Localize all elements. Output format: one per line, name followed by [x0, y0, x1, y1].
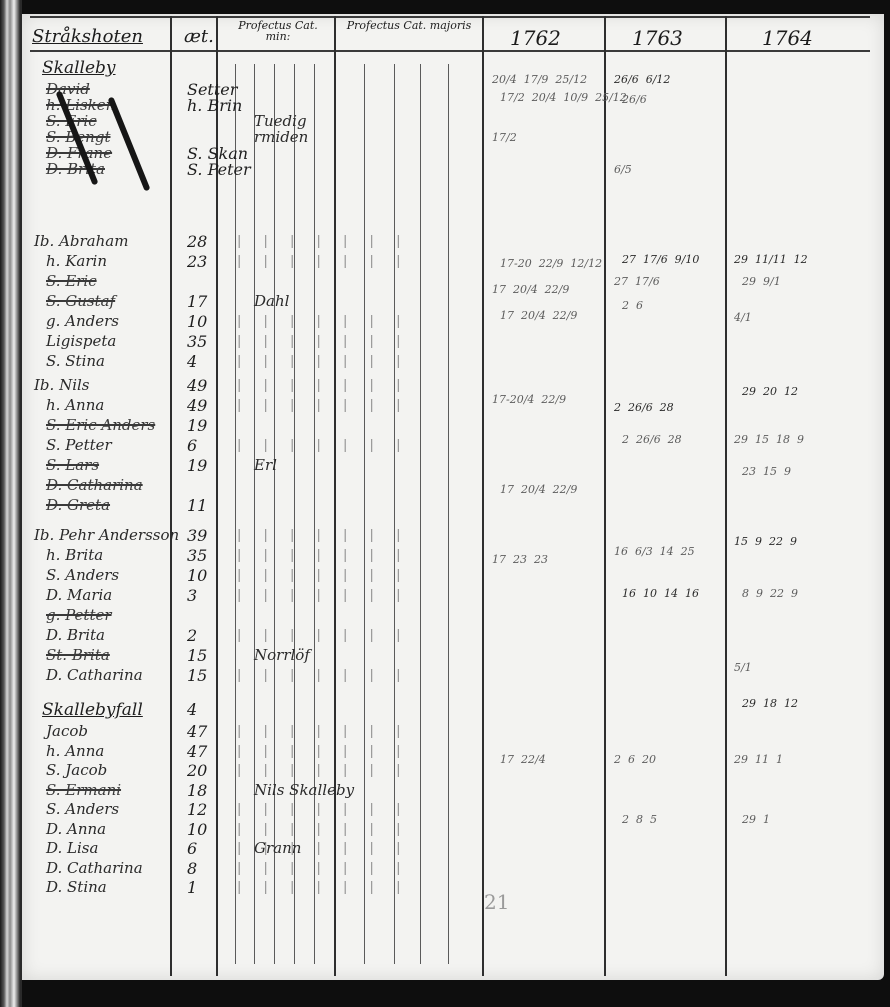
year-mark-1763: 26/6 [622, 94, 647, 106]
catechism-ticks: | | | | | | | [237, 861, 409, 876]
year-mark-1763: 16 10 14 16 [622, 588, 699, 600]
member-note: Erl [254, 456, 277, 474]
member-name: D. Catharina [46, 476, 143, 494]
member-name: S. Eric Anders [46, 416, 155, 434]
catechism-ticks: | | | | | | | [237, 314, 409, 329]
member-note: rmiden [254, 128, 308, 146]
year-mark-1764: 23 15 9 [742, 466, 791, 478]
strike-slash [107, 97, 150, 192]
member-name: D. Anna [46, 820, 106, 838]
year-mark-1764: 29 11 1 [734, 754, 783, 766]
member-age: 6 [187, 436, 197, 455]
catechism-ticks: | | | | | | | [237, 528, 409, 543]
catechism-ticks: | | | | | | | [237, 354, 409, 369]
place-name: Skallebyfall [42, 700, 143, 720]
member-name: D. Catharina [46, 859, 143, 877]
year-mark-1762: 17 20/4 22/9 [492, 284, 569, 296]
member-name: h. Karin [46, 252, 107, 270]
member-age: 49 [187, 396, 207, 415]
place-name: Skalleby [42, 58, 116, 78]
member-name: S. Lars [46, 456, 99, 474]
member-age: 12 [187, 800, 207, 819]
catechism-ticks: | | | | | | | [237, 234, 409, 249]
column-divider-1763 [604, 16, 606, 976]
header-year-1763: 1763 [632, 26, 683, 50]
member-age: 10 [187, 820, 207, 839]
member-note: Dahl [254, 292, 289, 310]
year-mark-1763: 26/6 6/12 [614, 74, 670, 86]
member-name: S. Anders [46, 566, 119, 584]
member-name: S. Stina [46, 352, 105, 370]
header-year-1764: 1764 [762, 26, 813, 50]
sub-column-line [420, 64, 421, 964]
year-mark-1762: 20/4 17/9 25/12 [492, 74, 587, 86]
member-age: 18 [187, 781, 207, 800]
member-name: h. Brita [46, 546, 103, 564]
year-mark-1764: 15 9 22 9 [734, 536, 797, 548]
catechism-ticks: | | | | | | | [237, 334, 409, 349]
year-mark-1762: 17 23 23 [492, 554, 548, 566]
member-name: S. Gustaf [46, 292, 115, 310]
member-age: 10 [187, 566, 207, 585]
member-age: 15 [187, 666, 207, 685]
member-age: 49 [187, 376, 207, 395]
catechism-ticks: | | | | | | | [237, 724, 409, 739]
year-mark-1762: 17 20/4 22/9 [500, 310, 577, 322]
member-age: 2 [187, 626, 197, 645]
catechism-ticks: | | | | | | | [237, 254, 409, 269]
member-name: Ib. Nils [34, 376, 89, 394]
member-age: 10 [187, 312, 207, 331]
member-name: S. Anders [46, 800, 119, 818]
top-rule [30, 16, 870, 18]
year-mark-1762: 17 20/4 22/9 [500, 484, 577, 496]
member-name: g. Anders [46, 312, 119, 330]
year-mark-1762: 17 22/4 [500, 754, 546, 766]
year-mark-1762: 17/2 20/4 10/9 25/12 [500, 92, 627, 104]
member-age: 3 [187, 586, 197, 605]
catechism-ticks: | | | | | | | [237, 822, 409, 837]
year-mark-1763: 2 6 [622, 300, 643, 312]
catechism-ticks: | | | | | | | [237, 398, 409, 413]
header-prof-maj: Profectus Cat. majoris [344, 20, 474, 31]
member-name: S. Ermani [46, 781, 121, 799]
catechism-ticks: | | | | | | | [237, 668, 409, 683]
member-age: h. Brin [187, 96, 242, 115]
member-name: D. Lisa [46, 839, 98, 857]
year-mark-1763: 2 6 20 [614, 754, 656, 766]
header-year-1762: 1762 [510, 26, 561, 50]
member-name: Ib. Pehr Andersson [34, 526, 179, 544]
member-age: 23 [187, 252, 207, 271]
catechism-ticks: | | | | | | | [237, 628, 409, 643]
member-age: 8 [187, 859, 197, 878]
member-name: D. Maria [46, 586, 112, 604]
member-age: 6 [187, 839, 197, 858]
year-mark-1763: 27 17/6 [614, 276, 660, 288]
member-age: 17 [187, 292, 207, 311]
member-name: D. Stina [46, 878, 107, 896]
catechism-ticks: | | | | | | | [237, 438, 409, 453]
year-mark-1764: 29 18 12 [742, 698, 798, 710]
member-name: Jacob [46, 722, 88, 740]
column-divider-1762 [482, 16, 484, 976]
member-age: S. Peter [187, 160, 251, 179]
year-mark-1763: 6/5 [614, 164, 632, 176]
member-age: 39 [187, 526, 207, 545]
year-mark-1764: 29 9/1 [742, 276, 781, 288]
catechism-ticks: | | | | | | | [237, 588, 409, 603]
member-name: h. Anna [46, 396, 104, 414]
member-age: 11 [187, 496, 207, 515]
member-age: 28 [187, 232, 207, 251]
member-age: 19 [187, 456, 207, 475]
member-name: Ligispeta [46, 332, 116, 350]
header-village: Stråkshoten [32, 26, 143, 47]
catechism-ticks: | | | | | | | [237, 744, 409, 759]
member-note: Grann [254, 839, 301, 857]
member-name: D. Catharina [46, 666, 143, 684]
catechism-ticks: | | | | | | | [237, 763, 409, 778]
year-mark-1764: 29 11/11 12 [734, 254, 808, 266]
header-prof-min: Profectus Cat. min: [228, 20, 328, 42]
sub-column-line [235, 64, 236, 964]
member-name: h. Anna [46, 742, 104, 760]
year-mark-1762: 17-20/4 22/9 [492, 394, 566, 406]
member-age: 47 [187, 742, 207, 761]
member-age: 35 [187, 332, 207, 351]
member-age: 19 [187, 416, 207, 435]
member-name: D. Greta [46, 496, 110, 514]
year-mark-1764: 5/1 [734, 662, 752, 674]
book-binding [0, 0, 22, 1007]
member-age: 4 [187, 352, 197, 371]
member-name: g. Petter [46, 606, 112, 624]
member-age: 1 [187, 878, 197, 897]
year-mark-1762: 17/2 [492, 132, 517, 144]
column-divider-age [170, 16, 172, 976]
place-age: 4 [187, 700, 197, 719]
year-mark-1763: 2 26/6 28 [622, 434, 682, 446]
register-page: Stråkshoten æt. Profectus Cat. min: Prof… [22, 14, 884, 980]
column-divider-1764 [725, 16, 727, 976]
sub-column-line [448, 64, 449, 964]
member-name: S. Petter [46, 436, 112, 454]
catechism-ticks: | | | | | | | [237, 568, 409, 583]
member-note: Nils Skalleby [254, 781, 354, 799]
member-name: D. Brita [46, 626, 105, 644]
catechism-ticks: | | | | | | | [237, 880, 409, 895]
year-mark-1764: 8 9 22 9 [742, 588, 798, 600]
catechism-ticks: | | | | | | | [237, 802, 409, 817]
member-name: D. Brita [46, 160, 105, 178]
member-name: St. Brita [46, 646, 110, 664]
catechism-ticks: | | | | | | | [237, 378, 409, 393]
year-mark-1763: 16 6/3 14 25 [614, 546, 695, 558]
catechism-ticks: | | | | | | | [237, 548, 409, 563]
member-name: Ib. Abraham [34, 232, 128, 250]
year-mark-1763: 27 17/6 9/10 [622, 254, 699, 266]
year-mark-1762: 17-20 22/9 12/12 [500, 258, 602, 270]
member-age: 35 [187, 546, 207, 565]
year-mark-1763: 2 26/6 28 [614, 402, 674, 414]
member-name: S. Jacob [46, 761, 107, 779]
year-mark-1763: 2 8 5 [622, 814, 657, 826]
year-mark-1764: 4/1 [734, 312, 752, 324]
header-rule [30, 50, 870, 52]
year-mark-1764: 29 1 [742, 814, 770, 826]
header-age: æt. [184, 26, 214, 47]
page-number: 21 [484, 890, 509, 914]
member-note: Norrlöf [254, 646, 310, 664]
member-age: 15 [187, 646, 207, 665]
member-age: 20 [187, 761, 207, 780]
member-age: 47 [187, 722, 207, 741]
member-name: S. Eric [46, 272, 97, 290]
year-mark-1764: 29 15 18 9 [734, 434, 804, 446]
year-mark-1764: 29 20 12 [742, 386, 798, 398]
